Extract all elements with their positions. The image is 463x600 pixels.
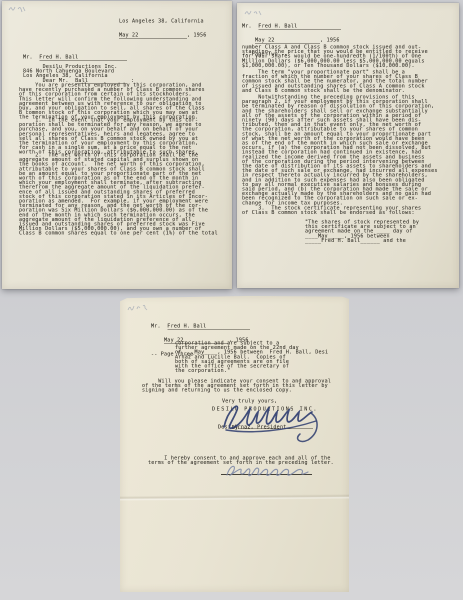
pencil-mark-icon [126,302,150,314]
letter-page-two: Mr. Fred H. Ball May 22, 1956 -- Page Tw… [237,3,459,288]
proportionate-part-paragraph: The term "your proportionate part" shall… [242,70,428,93]
recipient-prefix: Mr. [23,55,39,61]
header-name: Fred H. Ball [258,24,341,29]
paragraph-3: 3. The stock certificate representing yo… [242,206,421,215]
header-year: , 1956 [320,38,340,44]
header-date: May 22 [255,38,320,43]
signer-title: Desi Arnaz, President [218,425,286,430]
complimentary-close: Very truly yours, [222,399,277,404]
recipient-name: Fred H. Ball [39,55,127,60]
document-photo: Los Angeles 38, California May 22, 1956 … [0,0,463,600]
fold-crease [120,494,349,501]
paragraph-1: 1. In the event that your employment by … [19,118,202,155]
closing-paragraph: Will you please indicate your consent to… [142,379,331,393]
endorsement-quote: "The shares of stock represented by this… [305,220,419,243]
header-name: Fred H. Ball [167,324,250,329]
intro-paragraph: You are presently employed by this corpo… [19,83,205,120]
consent-signature-line [221,474,312,475]
pencil-mark-icon [6,3,28,15]
notwithstanding-paragraph: Notwithstanding the preceding provisions… [242,95,438,205]
endorsement-quote-continued: corporation and are subject to a further… [175,341,328,373]
letterhead-date-block: Los Angeles 38, California May 22, 1956 [119,10,207,47]
paragraph-2: 2. The net worth of this corporation sha… [19,153,218,236]
city-line: Los Angeles 38, California [119,19,207,24]
header-prefix: Mr. [242,24,258,30]
date-typed: May 22 [119,33,187,38]
letter-page-one: Los Angeles 38, California May 22, 1956 … [2,1,232,289]
paragraph-2-continued: number Class A and Class B common stock … [242,45,428,68]
letter-page-three: Mr. Fred H. Ball May 22, 1956 -- Page Th… [120,296,349,592]
company-name: DESILU PRODUCTIONS INC. [212,407,318,412]
consent-statement: I hereby consent to and approve each and… [148,456,334,465]
date-year: , 1956 [187,33,207,39]
header-prefix: Mr. [151,324,167,330]
